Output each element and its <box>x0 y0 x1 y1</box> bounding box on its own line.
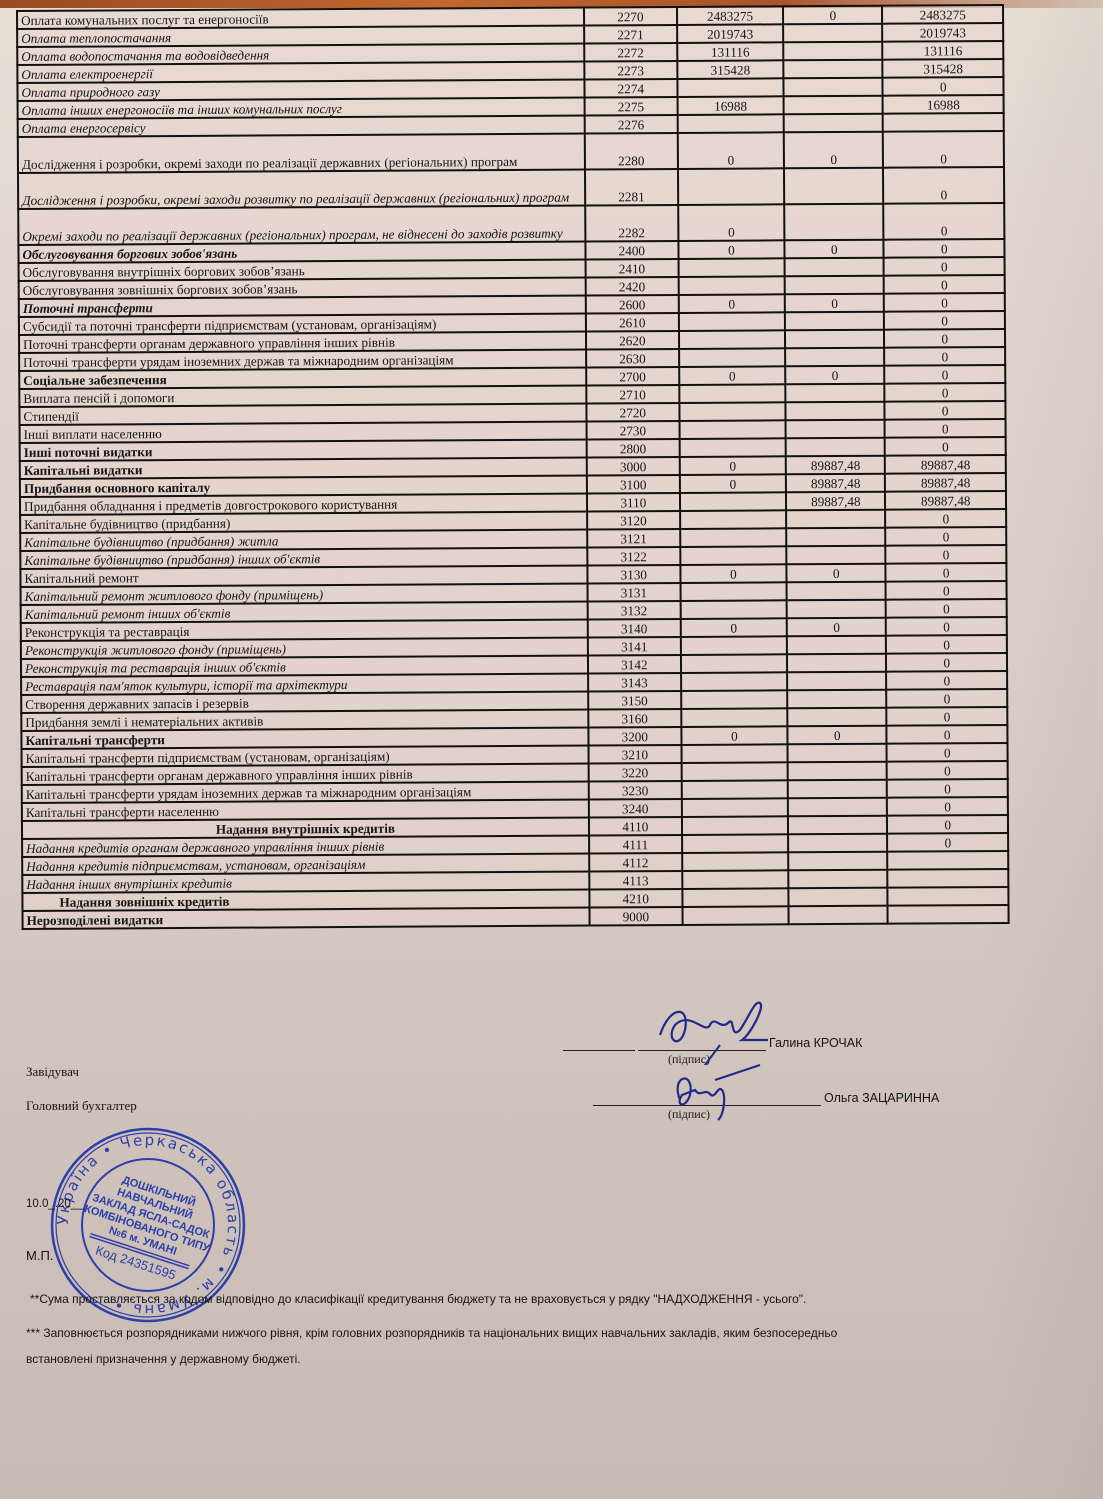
row-value-general-fund <box>678 168 785 205</box>
row-value-general-fund <box>677 78 784 97</box>
row-value-total: 0 <box>883 167 1004 204</box>
row-value-total: 0 <box>887 761 1008 780</box>
row-value-total: 89887,48 <box>885 491 1006 510</box>
row-value-general-fund: 0 <box>678 204 785 241</box>
row-value-special-fund <box>789 906 888 925</box>
row-code: 4111 <box>589 835 682 854</box>
row-code: 3230 <box>589 781 682 800</box>
row-value-total: 0 <box>883 77 1004 96</box>
row-value-total <box>883 113 1004 132</box>
row-value-general-fund <box>682 816 789 835</box>
row-code: 3160 <box>588 709 681 728</box>
row-value-total: 0 <box>886 617 1007 636</box>
row-value-special-fund <box>788 744 887 763</box>
accountant-name: Ольга ЗАЦАРИННА <box>824 1091 939 1105</box>
row-value-special-fund <box>785 384 884 403</box>
row-value-general-fund <box>679 420 786 439</box>
row-value-general-fund <box>681 780 788 799</box>
row-code: 3130 <box>587 565 680 584</box>
row-value-special-fund <box>789 888 888 907</box>
row-value-total: 0 <box>885 419 1006 438</box>
row-value-special-fund: 0 <box>785 240 884 259</box>
accountant-signature-icon <box>660 1060 780 1130</box>
row-code: 2273 <box>584 61 677 80</box>
row-value-special-fund <box>787 636 886 655</box>
row-value-total: 0 <box>883 131 1004 168</box>
row-value-special-fund <box>788 762 887 781</box>
row-value-general-fund <box>682 798 789 817</box>
row-code: 3200 <box>588 727 681 746</box>
row-value-special-fund: 0 <box>784 132 884 169</box>
row-value-general-fund: 0 <box>679 366 786 385</box>
row-code: 2400 <box>585 241 678 260</box>
row-value-total: 131116 <box>883 41 1004 60</box>
row-value-general-fund <box>681 708 788 727</box>
row-value-total: 0 <box>888 833 1009 852</box>
row-value-general-fund: 0 <box>679 294 786 313</box>
row-value-special-fund <box>785 276 884 295</box>
row-value-general-fund: 0 <box>678 240 785 259</box>
row-value-special-fund: 0 <box>787 564 886 583</box>
row-value-general-fund <box>681 744 788 763</box>
row-value-total: 0 <box>887 725 1008 744</box>
row-code: 3240 <box>589 799 682 818</box>
row-code: 2276 <box>585 115 678 134</box>
row-code: 3110 <box>587 493 680 512</box>
row-value-general-fund: 0 <box>681 726 788 745</box>
row-code: 2630 <box>586 349 679 368</box>
row-value-total: 2019743 <box>883 23 1004 42</box>
row-code: 2275 <box>584 97 677 116</box>
row-value-special-fund <box>783 42 882 61</box>
row-label: Окремі заходи по реалізації державних (р… <box>18 206 585 245</box>
row-value-total: 0 <box>886 545 1007 564</box>
footnote-triple-star-line-1: *** Заповнюється розпорядниками нижчого … <box>26 1326 837 1340</box>
row-value-total: 0 <box>886 599 1007 618</box>
row-value-general-fund: 2019743 <box>677 24 784 43</box>
row-value-total <box>888 887 1009 906</box>
row-value-total: 16988 <box>883 95 1004 114</box>
row-code: 3100 <box>587 475 680 494</box>
row-code: 3140 <box>588 619 681 638</box>
row-value-special-fund <box>788 816 887 835</box>
row-value-special-fund <box>784 114 883 133</box>
row-code: 3141 <box>588 637 681 656</box>
row-value-total: 0 <box>887 779 1008 798</box>
row-code: 3143 <box>588 673 681 692</box>
row-code: 3132 <box>588 601 681 620</box>
row-value-total <box>888 851 1009 870</box>
row-value-total: 0 <box>885 365 1006 384</box>
row-value-total: 0 <box>886 563 1007 582</box>
row-code: 2710 <box>586 385 679 404</box>
row-code: 2700 <box>586 367 679 386</box>
row-code: 4110 <box>589 817 682 836</box>
row-code: 3150 <box>588 691 681 710</box>
row-value-total: 0 <box>884 311 1005 330</box>
row-value-total: 0 <box>887 743 1008 762</box>
row-value-special-fund <box>786 510 885 529</box>
row-value-general-fund <box>679 438 786 457</box>
row-code: 2271 <box>584 25 677 44</box>
row-value-general-fund <box>681 672 788 691</box>
row-value-special-fund: 0 <box>785 366 884 385</box>
row-value-total: 0 <box>884 203 1005 240</box>
row-value-total: 0 <box>887 671 1008 690</box>
row-value-special-fund <box>786 528 885 547</box>
row-code: 2272 <box>584 43 677 62</box>
row-label: Дослідження і розробки, окремі заходи ро… <box>18 170 585 209</box>
expenditure-table: Оплата комунальних послуг та енергоносії… <box>16 4 1010 930</box>
row-value-general-fund <box>678 276 785 295</box>
row-value-special-fund <box>784 204 884 241</box>
footnote-triple-star-line-2: встановлені призначення у державному бюд… <box>26 1352 301 1366</box>
row-value-general-fund <box>680 492 787 511</box>
row-value-total: 0 <box>885 437 1006 456</box>
row-value-general-fund <box>682 870 789 889</box>
row-value-total: 0 <box>885 347 1006 366</box>
row-code: 2420 <box>586 277 679 296</box>
row-value-general-fund: 131116 <box>677 42 784 61</box>
row-value-special-fund <box>788 798 887 817</box>
row-code: 2282 <box>585 205 678 242</box>
row-value-general-fund <box>680 582 787 601</box>
row-value-special-fund: 0 <box>783 6 882 25</box>
row-value-special-fund <box>787 654 886 673</box>
row-value-total: 0 <box>887 689 1008 708</box>
row-value-special-fund <box>784 168 884 205</box>
row-code: 3000 <box>587 457 680 476</box>
row-code: 2730 <box>586 421 679 440</box>
row-value-general-fund: 2483275 <box>677 6 784 25</box>
row-value-general-fund <box>681 636 788 655</box>
row-value-general-fund <box>678 258 785 277</box>
row-value-general-fund <box>677 114 784 133</box>
row-value-special-fund <box>785 330 884 349</box>
row-code: 3220 <box>589 763 682 782</box>
head-signature-line-left <box>563 1050 635 1051</box>
row-value-total: 89887,48 <box>885 473 1006 492</box>
row-code: 2720 <box>586 403 679 422</box>
row-code: 3142 <box>588 655 681 674</box>
row-value-special-fund <box>787 690 886 709</box>
row-value-total: 0 <box>884 293 1005 312</box>
row-value-special-fund <box>785 348 884 367</box>
row-value-general-fund: 16988 <box>677 96 784 115</box>
row-value-total: 0 <box>887 815 1008 834</box>
row-value-general-fund <box>680 600 787 619</box>
row-code: 2800 <box>587 439 680 458</box>
row-value-total: 0 <box>884 257 1005 276</box>
row-value-special-fund <box>787 708 886 727</box>
row-value-special-fund <box>788 870 887 889</box>
table-row: Окремі заходи по реалізації державних (р… <box>18 203 1004 245</box>
row-code: 4112 <box>589 853 682 872</box>
row-value-general-fund <box>682 852 789 871</box>
row-code: 3120 <box>587 511 680 530</box>
row-value-general-fund <box>681 690 788 709</box>
row-value-general-fund: 0 <box>678 132 785 169</box>
row-value-general-fund <box>682 906 789 925</box>
row-value-total: 2483275 <box>882 5 1003 24</box>
row-code: 3210 <box>588 745 681 764</box>
row-value-general-fund: 315428 <box>677 60 784 79</box>
row-value-general-fund: 0 <box>680 456 787 475</box>
table-row: Дослідження і розробки, окремі заходи по… <box>18 131 1004 173</box>
row-value-total: 0 <box>886 527 1007 546</box>
row-value-total: 0 <box>885 383 1006 402</box>
row-value-special-fund: 0 <box>788 726 887 745</box>
row-value-total: 0 <box>884 239 1005 258</box>
footnote-double-star: **Сума проставляється за кодом відповідн… <box>30 1292 806 1306</box>
row-value-total: 0 <box>884 329 1005 348</box>
row-value-special-fund <box>786 546 885 565</box>
row-value-general-fund <box>679 348 786 367</box>
row-code: 4113 <box>589 871 682 890</box>
row-value-total: 0 <box>886 581 1007 600</box>
row-value-general-fund <box>679 330 786 349</box>
row-code: 2274 <box>584 79 677 98</box>
row-code: 3121 <box>587 529 680 548</box>
row-value-total: 0 <box>887 797 1008 816</box>
row-value-total: 0 <box>886 653 1007 672</box>
row-value-total <box>888 905 1009 924</box>
row-code: 2281 <box>585 169 678 206</box>
row-value-special-fund <box>783 60 882 79</box>
row-value-total: 0 <box>886 509 1007 528</box>
row-value-special-fund <box>788 834 887 853</box>
row-code: 2600 <box>586 295 679 314</box>
row-value-special-fund <box>785 258 884 277</box>
row-value-general-fund: 0 <box>680 618 787 637</box>
row-code: 2270 <box>584 7 677 26</box>
row-value-general-fund <box>682 834 789 853</box>
accountant-role-label: Головний бухгалтер <box>26 1098 137 1114</box>
row-code: 3122 <box>587 547 680 566</box>
row-value-total: 0 <box>887 707 1008 726</box>
row-value-special-fund: 0 <box>785 294 884 313</box>
row-value-general-fund <box>679 402 786 421</box>
row-code: 4210 <box>589 889 682 908</box>
row-value-general-fund <box>680 528 787 547</box>
head-name: Галина КРОЧАК <box>769 1036 862 1050</box>
row-value-special-fund <box>787 582 886 601</box>
row-value-special-fund <box>786 420 885 439</box>
table-row: Дослідження і розробки, окремі заходи ро… <box>18 167 1004 209</box>
row-value-general-fund <box>682 888 789 907</box>
head-signature-icon <box>650 995 770 1065</box>
row-value-total: 0 <box>884 275 1005 294</box>
row-value-total: 0 <box>886 635 1007 654</box>
row-value-total: 315428 <box>883 59 1004 78</box>
row-label: Дослідження і розробки, окремі заходи по… <box>18 134 585 173</box>
row-value-special-fund <box>784 96 883 115</box>
row-code: 2280 <box>585 133 678 170</box>
row-code: 2620 <box>586 331 679 350</box>
row-value-special-fund <box>787 672 886 691</box>
row-label: Нерозподілені видатки <box>23 908 590 929</box>
row-value-general-fund <box>679 312 786 331</box>
head-role-label: Завідувач <box>26 1064 79 1080</box>
row-value-general-fund: 0 <box>680 474 787 493</box>
row-code: 2410 <box>585 259 678 278</box>
row-value-special-fund <box>785 312 884 331</box>
row-value-special-fund: 89887,48 <box>786 492 885 511</box>
row-value-special-fund <box>786 438 885 457</box>
row-value-special-fund: 89887,48 <box>786 456 885 475</box>
row-code: 9000 <box>589 907 682 926</box>
row-value-total: 89887,48 <box>885 455 1006 474</box>
row-value-special-fund <box>788 780 887 799</box>
row-value-total: 0 <box>885 401 1006 420</box>
row-value-special-fund <box>786 402 885 421</box>
row-value-general-fund <box>679 384 786 403</box>
document-date: 10.0_.20__ <box>26 1198 84 1210</box>
row-value-total <box>888 869 1009 888</box>
row-value-special-fund <box>784 78 883 97</box>
row-value-general-fund <box>681 762 788 781</box>
row-value-general-fund: 0 <box>680 564 787 583</box>
row-code: 2610 <box>586 313 679 332</box>
row-value-general-fund <box>681 654 788 673</box>
row-value-special-fund <box>788 852 887 871</box>
row-value-special-fund <box>783 24 882 43</box>
seal-label: М.П. <box>26 1248 53 1263</box>
row-value-general-fund <box>680 546 787 565</box>
row-value-special-fund: 89887,48 <box>786 474 885 493</box>
row-value-special-fund: 0 <box>787 618 886 637</box>
row-value-special-fund <box>787 600 886 619</box>
row-code: 3131 <box>587 583 680 602</box>
row-value-general-fund <box>680 510 787 529</box>
